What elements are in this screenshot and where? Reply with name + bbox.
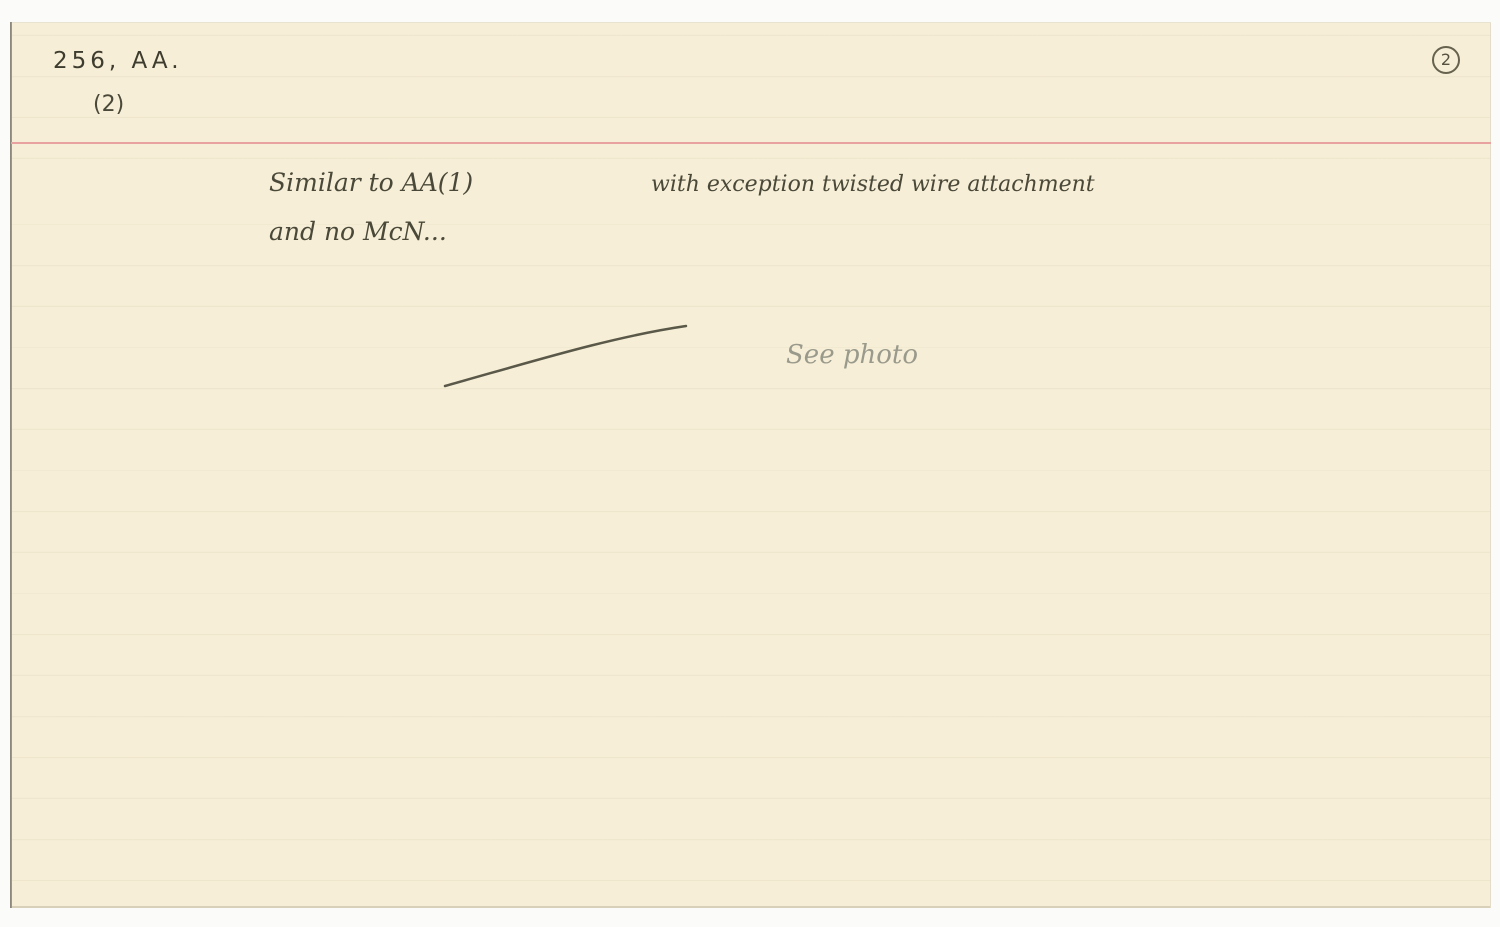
index-card: 256, AA. (2) 2 Similar to AA(1) with exc…: [10, 22, 1491, 908]
pencil-note: See photo: [786, 340, 918, 370]
pen-stroke-mark: [11, 22, 1491, 908]
